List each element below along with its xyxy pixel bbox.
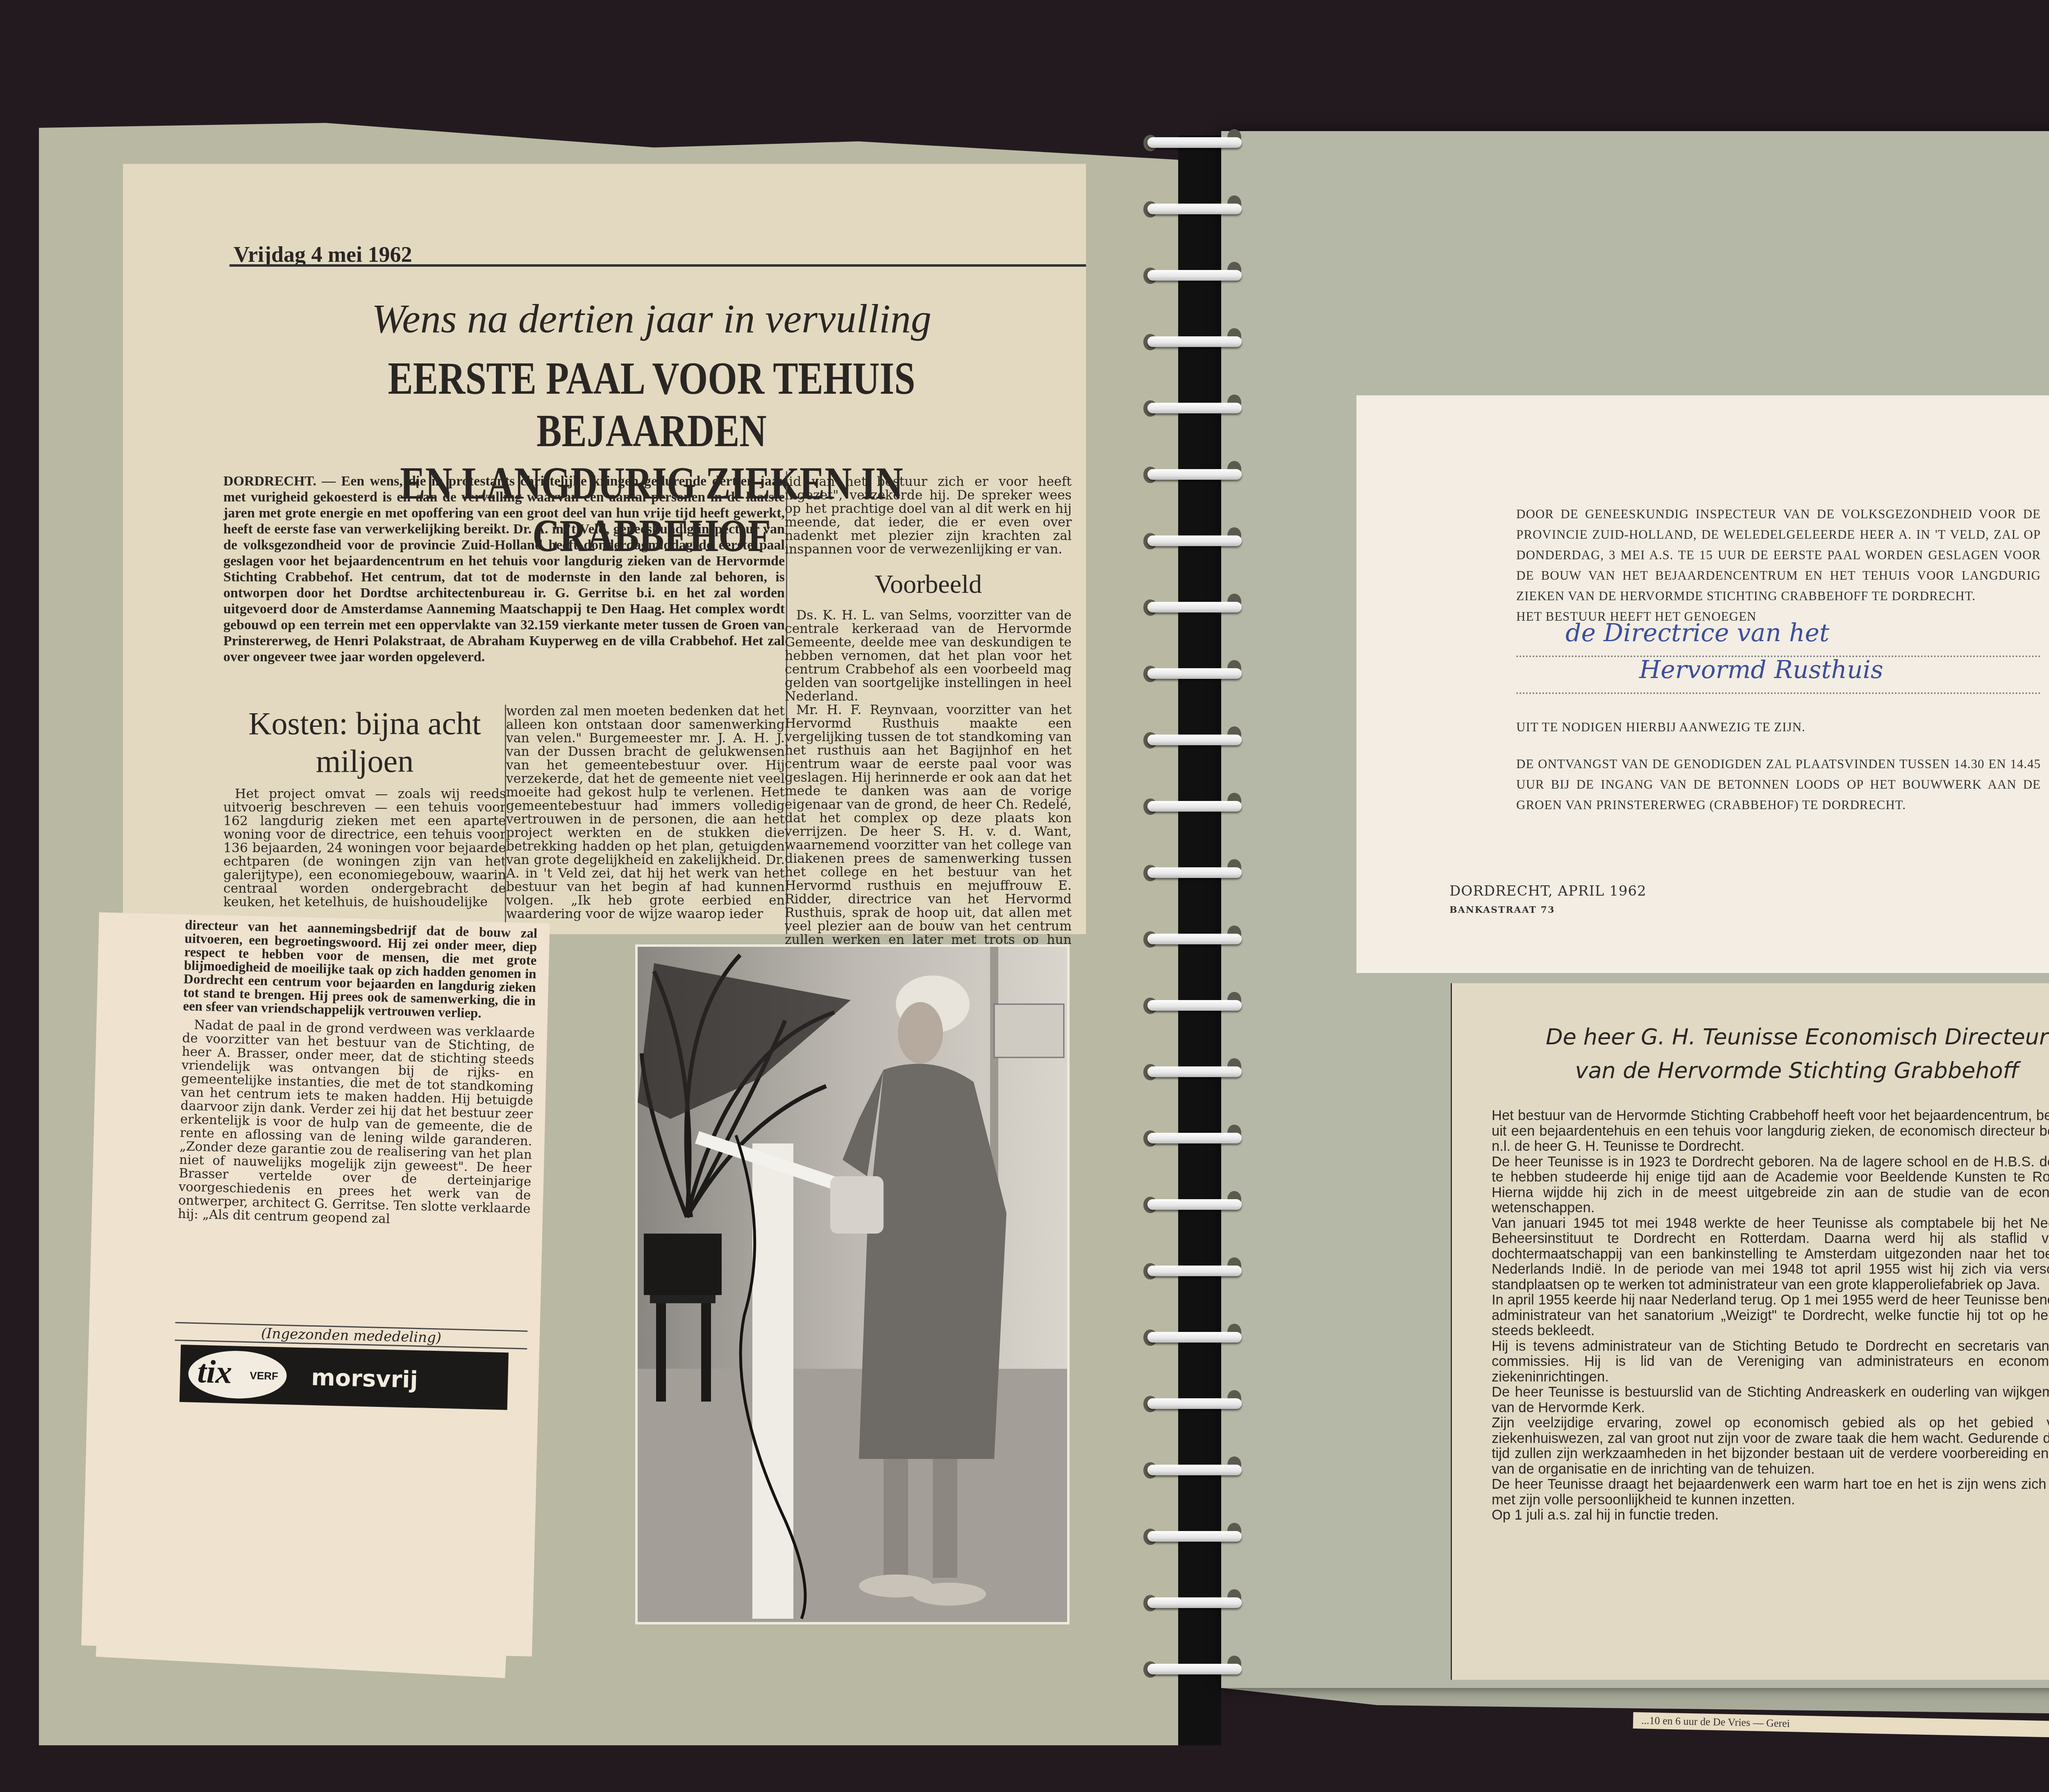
bio-paragraph: De heer Teunisse is in 1923 te Dordrecht…: [1492, 1155, 2049, 1216]
column-text: Het project omvat — zoals wij reeds uitv…: [223, 787, 506, 909]
handwritten-field: Hervormd Rusthuis: [1516, 664, 2041, 701]
binding-ring: [1147, 668, 1242, 679]
column-text: Ds. K. H. L. van Selms, voorzitter van d…: [785, 609, 1072, 703]
bottom-edge-clipping: ...10 en 6 uur de De Vries — Gerei: [1633, 1712, 2049, 1742]
binding-ring: [1147, 1066, 1242, 1077]
invitation-paragraph: DE ONTVANGST VAN DE GENODIGDEN ZAL PLAAT…: [1516, 754, 2041, 815]
binding-ring: [1147, 1332, 1242, 1343]
bio-paragraph: Zijn veelzijdige ervaring, zowel op econ…: [1492, 1415, 2049, 1477]
binding-ring: [1147, 1398, 1242, 1409]
binding-ring: [1147, 270, 1242, 281]
binding-ring: [1147, 1465, 1242, 1475]
clipping-lead-paragraph: DORDRECHT. — Een wens, die in protestant…: [223, 473, 785, 665]
ad-note: (Ingezonden mededeling): [175, 1322, 528, 1350]
binding-ring: [1147, 602, 1242, 612]
binding-ring: [1147, 735, 1242, 745]
tix-logo: tix VERF: [188, 1350, 287, 1400]
dotted-line: [1516, 692, 2041, 694]
column-text: lid van het bestuur zich er voor heeft i…: [785, 475, 1072, 556]
clipping-kosten-column: Kosten: bijna acht miljoen Het project o…: [223, 705, 506, 909]
column-text: Mr. H. F. Reynvaan, voorzitter van het H…: [785, 703, 1072, 960]
clipping-kicker: Wens na dertien jaar in vervulling: [229, 295, 1074, 342]
subhead-voorbeeld: Voorbeeld: [785, 564, 1072, 605]
binding-ring: [1147, 469, 1242, 480]
binding-ring: [1147, 1597, 1242, 1608]
binding-ring: [1147, 934, 1242, 944]
bio-body: Het bestuur van de Hervormde Stichting C…: [1492, 1108, 2049, 1523]
invitation-paragraph: DOOR DE GENEESKUNDIG INSPECTEUR VAN DE V…: [1516, 504, 2041, 606]
binding-ring: [1147, 1199, 1242, 1210]
bio-paragraph: In april 1955 keerde hij naar Nederland …: [1492, 1293, 2049, 1339]
bio-paragraph: De heer Teunisse is bestuurslid van de S…: [1492, 1385, 2049, 1415]
tix-advertisement: tix VERF morsvrij: [179, 1345, 509, 1410]
binding-ring: [1147, 336, 1242, 347]
handwritten-text: Hervormd Rusthuis: [1639, 660, 1883, 680]
binding-ring: [1147, 1266, 1242, 1276]
binding-ring: [1147, 204, 1242, 214]
binding-ring: [1147, 1664, 1242, 1674]
bio-paragraph: De heer Teunisse draagt het bejaardenwer…: [1492, 1477, 2049, 1508]
handwritten-text: de Directrice van het: [1565, 623, 1829, 643]
bio-paragraph: Van januari 1945 tot mei 1948 werkte de …: [1492, 1216, 2049, 1293]
invitation-place-date: DORDRECHT, APRIL 1962: [1449, 883, 1647, 899]
bio-paragraph: Op 1 juli a.s. zal hij in functie treden…: [1492, 1508, 2049, 1523]
lower-clipping-text: directeur van het aannemingsbedrijf dat …: [178, 919, 538, 1229]
headline-line: EERSTE PAAL VOOR TEHUIS BEJAARDEN: [305, 352, 997, 457]
binding-ring: [1147, 867, 1242, 878]
invitation-text: DOOR DE GENEESKUNDIG INSPECTEUR VAN DE V…: [1516, 504, 2041, 815]
ad-slogan: morsvrij: [311, 1364, 418, 1393]
subhead-kosten: Kosten: bijna acht miljoen: [223, 705, 506, 780]
photo-woman-at-lectern: [638, 947, 1067, 1622]
binding-ring: [1147, 137, 1242, 148]
binding-ring: [1147, 801, 1242, 812]
binding-ring: [1147, 1000, 1242, 1011]
bio-paragraph: Hij is tevens administrateur van de Stic…: [1492, 1339, 2049, 1385]
invitation-line: UIT TE NODIGEN HIERBIJ AANWEZIG TE ZIJN.: [1516, 717, 2041, 737]
clipping-middle-column: worden zal men moeten bedenken dat het a…: [506, 705, 785, 921]
binding-ring: [1147, 1531, 1242, 1542]
binding-ring: [1147, 535, 1242, 546]
binding-ring: [1147, 403, 1242, 413]
photograph: [635, 944, 1070, 1624]
divider: [229, 264, 1086, 267]
invitation-address: BANKASTRAAT 73: [1449, 905, 1555, 915]
newspaper-clipping-lower: directeur van het aannemingsbedrijf dat …: [81, 912, 550, 1656]
clipping-date: Vrijdag 4 mei 1962: [234, 242, 412, 267]
bio-paragraph: Het bestuur van de Hervormde Stichting C…: [1492, 1108, 2049, 1155]
clipping-right-column: lid van het bestuur zich er voor heeft i…: [785, 475, 1072, 960]
bio-title: De heer G. H. Teunisse Economisch Direct…: [1451, 1020, 2049, 1087]
binding-ring: [1147, 1133, 1242, 1143]
